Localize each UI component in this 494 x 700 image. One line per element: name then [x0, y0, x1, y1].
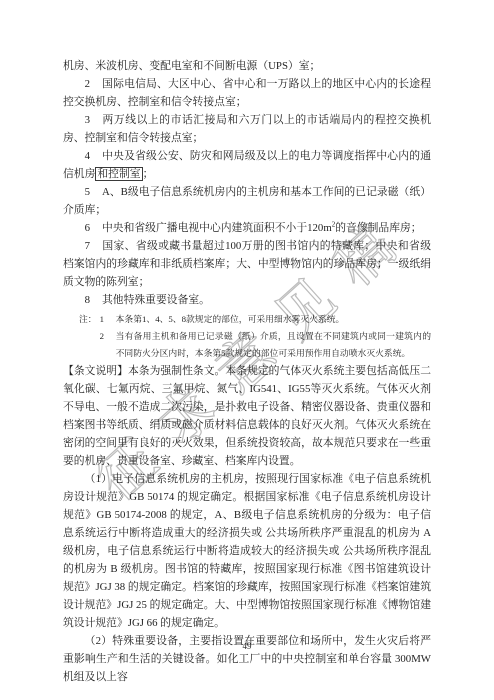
clause-item-number: 3 — [85, 114, 90, 126]
page-content: 机房、米波机房、变配电室和不间断电源（UPS）室； 2国际电信局、大区中心、省中… — [63, 57, 431, 686]
note-number: 2 — [100, 328, 109, 362]
page-number: 49 — [0, 641, 494, 651]
note-item-2: 2 当有备用主机和备用已记录磁（纸）介质，且设置在不同建筑内或同一建筑内的不同防… — [100, 328, 431, 362]
clause-item-2: 2国际电信局、大区中心、省中心和一万路以上的地区中心内的长途程控交换机房、控制室… — [63, 75, 431, 111]
notes-block: 注： 1 本条第1、4、5、8款规定的部位，可采用细水雾灭火系统。 2 当有备用… — [63, 311, 431, 362]
note-text: 当有备用主机和备用已记录磁（纸）介质，且设置在不同建筑内或同一建筑内的不同防火分… — [116, 328, 431, 362]
explanation-paragraph-2: （1）电子信息系统机房的主机房，按照现行国家标准《电子信息系统机房设计规范》GB… — [63, 470, 431, 632]
clause-item-text: 国家、省级或藏书量超过100万册的图书馆内的特藏库；中央和省级档案馆内的珍藏库和… — [63, 240, 431, 288]
clause-item-6: 6中央和省级广播电视中心内建筑面积不小于120m2的音像制品库房； — [63, 219, 431, 237]
clause-item-8: 8其他特殊重要设备室。 — [63, 291, 431, 309]
notes-list: 1 本条第1、4、5、8款规定的部位，可采用细水雾灭火系统。 2 当有备用主机和… — [100, 311, 431, 362]
clause-item-number: 7 — [85, 240, 90, 252]
clause-item-number: 4 — [85, 150, 90, 162]
clause-item-number: 6 — [85, 222, 90, 234]
clause-item-number: 5 — [85, 186, 90, 198]
paragraph-continuation: 机房、米波机房、变配电室和不间断电源（UPS）室； — [63, 57, 431, 75]
note-text: 本条第1、4、5、8款规定的部位，可采用细水雾灭火系统。 — [116, 311, 431, 328]
explanation-text: 本条为强制性条文。本条规定的气体灭火系统主要包括高低压二氧化碳、七氟丙烷、三氟甲… — [63, 365, 431, 467]
clause-item-3: 3两万线以上的市话汇接局和六万门以上的市话端局内的程控交换机房、控制室和信令转接… — [63, 111, 431, 147]
explanation-label: 【条文说明】 — [63, 365, 128, 377]
clause-item-text: 其他特殊重要设备室。 — [102, 294, 210, 306]
revision-boxed-text: 和控制室 — [95, 167, 142, 181]
clause-item-7: 7国家、省级或藏书量超过100万册的图书馆内的特藏库；中央和省级档案馆内的珍藏库… — [63, 237, 431, 291]
clause-item-text-suffix: 的音像制品库房； — [335, 222, 421, 234]
clause-item-text: A、B级电子信息系统机房内的主机房和基本工作间的已记录磁（纸）介质库； — [63, 186, 431, 216]
clause-item-number: 2 — [85, 78, 90, 90]
clause-item-5: 5A、B级电子信息系统机房内的主机房和基本工作间的已记录磁（纸）介质库； — [63, 183, 431, 219]
note-number: 1 — [100, 311, 109, 328]
clause-item-text: 国际电信局、大区中心、省中心和一万路以上的地区中心内的长途程控交换机房、控制室和… — [63, 78, 431, 108]
clause-item-text: 中央和省级广播电视中心内建筑面积不小于120m — [102, 222, 332, 234]
notes-label: 注： — [79, 311, 97, 362]
clause-item-text-suffix: ； — [143, 168, 154, 180]
clause-item-4: 4中央及省级公安、防灾和网局级及以上的电力等调度指挥中心内的通信机房和控制室； — [63, 147, 431, 183]
explanation-paragraph-1: 【条文说明】本条为强制性条文。本条规定的气体灭火系统主要包括高低压二氧化碳、七氟… — [63, 362, 431, 470]
document-page: 征求意见稿 机房、米波机房、变配电室和不间断电源（UPS）室； 2国际电信局、大… — [0, 0, 494, 700]
clause-item-text: 两万线以上的市话汇接局和六万门以上的市话端局内的程控交换机房、控制室和信令转接点… — [63, 114, 431, 144]
note-item-1: 1 本条第1、4、5、8款规定的部位，可采用细水雾灭火系统。 — [100, 311, 431, 328]
clause-item-number: 8 — [85, 294, 90, 306]
